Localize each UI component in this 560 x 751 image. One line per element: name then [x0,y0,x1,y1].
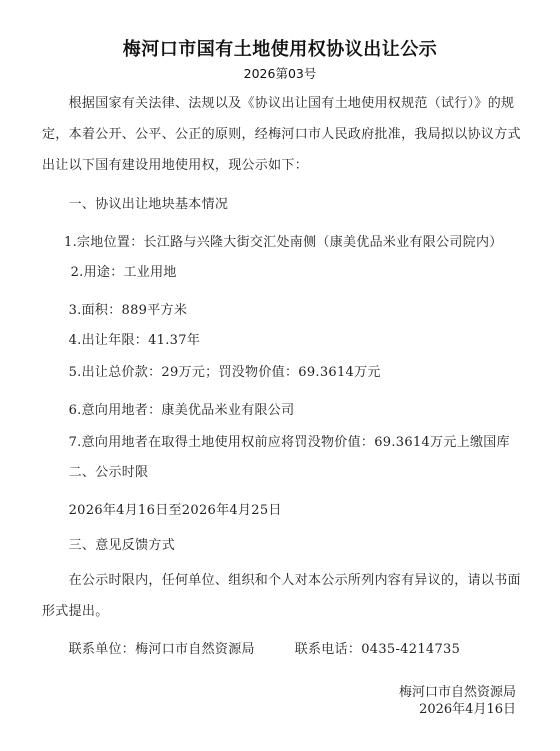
signature-date: 2026年4月16日 [419,698,516,717]
feedback-line-1: 在公示时限内，任何单位、组织和个人对本公示所列内容有异议的，请以书面 [42,569,521,588]
list-item-location: 1.宗地位置：长江路与兴隆大街交汇处南侧（康美优品米业有限公司院内） [64,231,503,250]
list-item-term: 4.出让年限：41.37年 [42,329,200,348]
list-item-intended-user: 6.意向用地者：康美优品米业有限公司 [42,399,294,418]
contact-info: 联系单位：梅河口市自然资源局 联系电话：0435-4214735 [42,638,460,657]
list-item-price: 5.出让总价款：29万元；罚没物价值：69.3614万元 [42,361,381,380]
list-item-payment-requirement: 7.意向用地者在取得土地使用权前应将罚没物价值：69.3614万元上缴国库 [42,431,510,450]
feedback-line-2: 形式提出。 [42,600,109,619]
intro-line-3: 出让以下国有建设用地使用权，现公示如下： [42,154,308,173]
list-item-usage: 2.用途：工业用地 [44,261,177,280]
document-number: 2026第03号 [0,64,560,82]
intro-line-2: 定，本着公开、公平、公正的原则，经梅河口市人民政府批准，我局拟以协议方式 [42,123,521,142]
list-item-area: 3.面积：889平方米 [42,299,187,318]
section-1-heading: 一、协议出让地块基本情况 [42,193,228,212]
page-title: 梅河口市国有土地使用权协议出让公示 [0,35,560,61]
section-3-heading: 三、意见反馈方式 [42,534,175,553]
intro-line-1: 根据国家有关法律、法规以及《协议出让国有土地使用权规范（试行）》的规 [42,92,514,111]
section-2-heading: 二、公示时限 [42,461,148,480]
notice-period: 2026年4月16日至2026年4月25日 [42,499,282,518]
